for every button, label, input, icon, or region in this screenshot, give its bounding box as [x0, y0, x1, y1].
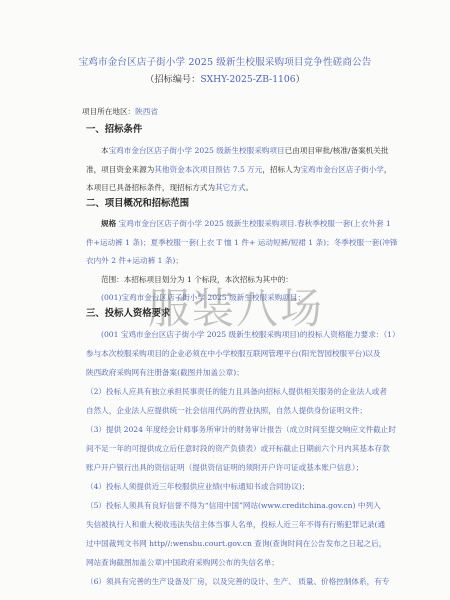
tenderer-name: 宝鸡市金台区店子街小学	[300, 165, 384, 174]
s3-p5-line-3: 过中国裁判文书网 http//:wenshu.court.gov.cn 查询(查…	[86, 539, 450, 549]
s3-p5-line-1: （5）投标人须具有良好信誉不得为“信用中国”网站(www.creditchina…	[86, 501, 450, 511]
region-label: 项目所在地区：	[82, 107, 135, 116]
document-page: 宝鸡市金台区店子街小学 2025 级新生校服采购项目竞争性磋商公告 （招标编号：…	[0, 0, 450, 600]
spec-text: 宝鸡市金台区店子街小学 2025 级新生校服采购项目.春秋季校服一套(上衣外套 …	[119, 219, 391, 228]
s2-spec-line-2: 件+运动裤 1 条)；夏季校服一套(上衣 T 恤 1 件+ 运动短裤/短裙 1 …	[86, 238, 450, 248]
s3-p3-line-2: 间不足一年的可提供成立后任意时段的资产负债表）或开标截止日期前六个月内其基本存款	[86, 444, 450, 454]
s3-p5-line-2: 失信被执行人和重大税收违法失信主体当事人名单，投标人近三年不得有行贿犯罪记录(通	[86, 520, 450, 530]
funding-source: 其他资金本次项目预估 7.5 万元	[154, 165, 262, 174]
s1-line-1: 本宝鸡市金台区店子街小学 2025 级新生校服采购项目已由项目审批/核准/备案机…	[101, 146, 450, 156]
s1-line-3: 本项目已具备招标条件，现招标方式为其它方式。	[86, 183, 450, 193]
s3-p4: （4）投标人须提供近三年校服供应业绩(中标通知书或合同协议)；	[86, 482, 450, 492]
section-heading-1: 一、招标条件	[86, 125, 450, 135]
s2-spec-line-1: 规格 宝鸡市金台区店子街小学 2025 级新生校服采购项目.春秋季校服一套(上衣…	[101, 219, 450, 229]
region-value: 陕西省	[135, 107, 158, 116]
document-title: 宝鸡市金台区店子街小学 2025 级新生校服采购项目竞争性磋商公告	[0, 54, 450, 68]
tender-number-suffix: ）	[296, 74, 305, 85]
text: 。	[245, 183, 253, 192]
s3-p2-line-2: 自然人，企业法人应提供统一社会信用代码的营业执照，自然人提供身份证明文件；	[86, 406, 450, 416]
tender-number-code: SXHY-2025-ZB-1106	[200, 74, 295, 85]
section-heading-2: 二、项目概况和招标范围	[86, 199, 450, 209]
text: ，	[384, 165, 392, 174]
text: ，招标人为	[262, 165, 300, 174]
watermark: 服装八场	[148, 276, 324, 336]
s3-p2-line-1: （2）投标人应具有独立承担民事责任的能力且具备向招标人提供相关服务的企业法人或者	[86, 387, 450, 397]
s3-p3-line-3: 账户开户银行出具的资信证明（提供资信证明的须附开户许可证或基本账户信息）；	[86, 463, 450, 473]
text: 本	[101, 146, 109, 155]
s3-p0-line-2: 参与本次校服采购项目的企业必须在中小学校服互联网管理平台(阳光智园校服平台)以及	[86, 349, 450, 359]
spec-label: 规格	[101, 219, 116, 228]
text: 准，项目资金来源为	[86, 165, 154, 174]
region-line: 项目所在地区：陕西省	[82, 107, 450, 117]
s3-p6: （6）须具有完善的生产设备及厂房，以及完善的设计、生产、 质量、价格控制体系，有…	[86, 577, 450, 587]
s3-p0-line-3: 陕西政府采购网有注册备案(截图并加盖公章)；	[86, 368, 450, 378]
s2-spec-line-3: 衣内外 2 件+运动裤 1 条)；	[86, 256, 450, 266]
s3-p3-line-1: （3）提供 2024 年度经会计师事务所审计的财务审计报告（成立时间至提交响应文…	[86, 425, 450, 435]
tender-method: 其它方式	[215, 183, 245, 192]
tender-number: （招标编号：SXHY-2025-ZB-1106）	[0, 71, 450, 85]
project-name: 宝鸡市金台区店子街小学 2025 级新生校服采购项目	[109, 146, 285, 155]
tender-number-prefix: （招标编号：	[145, 74, 200, 85]
s3-p5-line-4: 网站查询截图加盖公章)中国政府采购网公布的失信名单；	[86, 558, 450, 568]
text: 本项目已具备招标条件，现招标方式为	[86, 183, 215, 192]
text: 已由项目审批/核准/备案机关批	[285, 146, 389, 155]
s1-line-2: 准，项目资金来源为其他资金本次项目预估 7.5 万元，招标人为宝鸡市金台区店子街…	[86, 165, 450, 175]
